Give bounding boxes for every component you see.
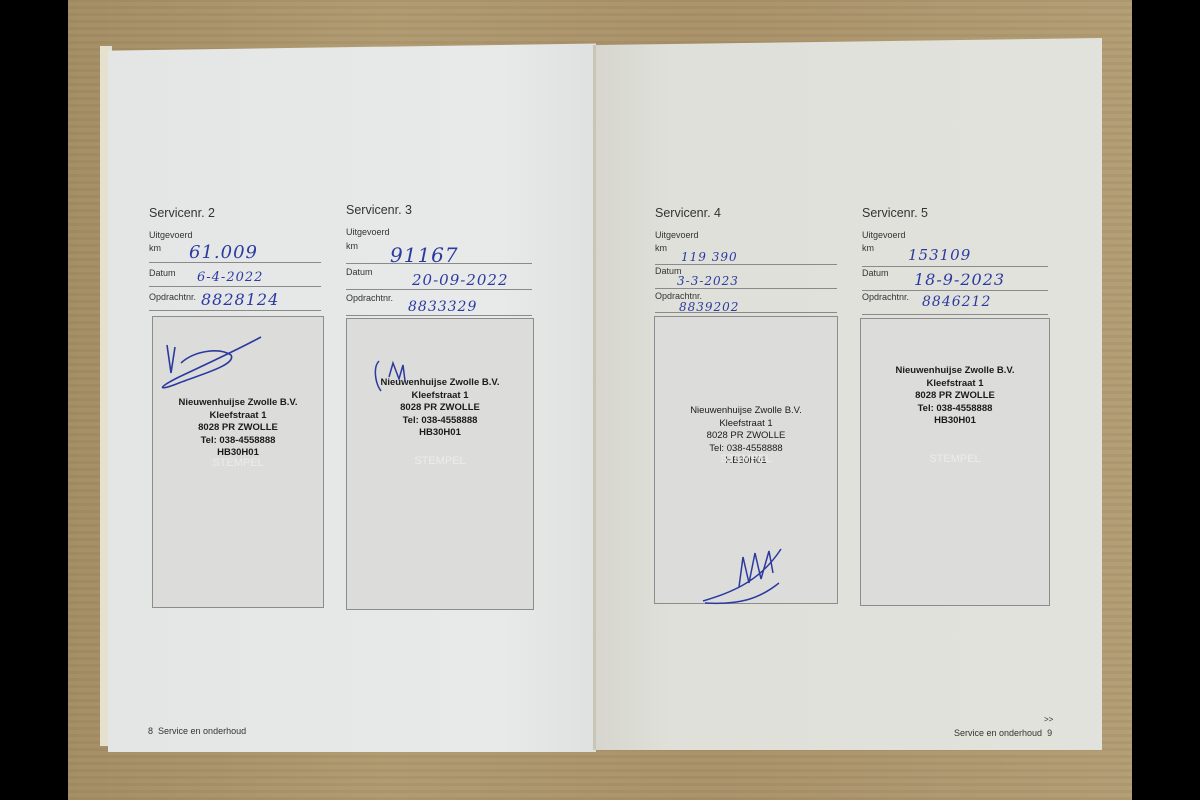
service-title: Servicenr. 4 (655, 206, 831, 220)
service-entry-5: Servicenr. 5 Uitgevoerd km 153109 Datum … (862, 206, 1038, 220)
date-line (655, 288, 837, 289)
date-value: 6-4-2022 (197, 270, 263, 285)
order-line (346, 315, 532, 316)
order-value: 8833329 (408, 299, 477, 315)
date-label: Datum (862, 268, 889, 278)
stamp-company: Nieuwenhuijse Zwolle B.V. (153, 397, 323, 410)
service-title: Servicenr. 5 (862, 206, 1038, 220)
km-line (346, 263, 532, 264)
dealer-stamp: Nieuwenhuijse Zwolle B.V. Kleefstraat 1 … (861, 365, 1049, 428)
order-label: Opdrachtnr. (862, 292, 909, 302)
date-value: 3-3-2023 (677, 274, 739, 288)
signature-icon (367, 357, 427, 397)
stamp-city: 8028 PR ZWOLLE (861, 390, 1049, 403)
stamp-phone: Tel: 038-4558888 (347, 415, 533, 428)
stamp-street: Kleefstraat 1 (153, 410, 323, 423)
service-entry-2: Servicenr. 2 Uitgevoerd km 61.009 Datum … (149, 206, 325, 220)
service-entry-3: Servicenr. 3 Uitgevoerd km 91167 Datum 2… (346, 203, 522, 217)
stamp-placeholder: STEMPEL (861, 453, 1049, 465)
km-value: 119 390 (681, 250, 738, 264)
page-number: 8 (148, 726, 153, 736)
stamp-placeholder: STEMPEL (153, 457, 323, 469)
stamp-city: 8028 PR ZWOLLE (153, 422, 323, 435)
date-value: 18-9-2023 (914, 270, 1005, 289)
stamp-city: 8028 PR ZWOLLE (347, 402, 533, 415)
footer-title: Service en onderhoud (158, 726, 246, 736)
performed-label: Uitgevoerd (346, 227, 390, 237)
footer-title: Service en onderhoud (954, 728, 1042, 738)
date-line (149, 286, 321, 287)
stamp-box-2: Nieuwenhuijse Zwolle B.V. Kleefstraat 1 … (152, 316, 324, 608)
km-label: km (346, 241, 358, 251)
stamp-street: Kleefstraat 1 (655, 418, 837, 431)
km-value: 153109 (908, 246, 971, 264)
date-label: Datum (346, 267, 373, 277)
order-value: 8846212 (922, 294, 991, 310)
stamp-placeholder: STEMPEL (347, 455, 533, 467)
stamp-company: Nieuwenhuijse Zwolle B.V. (655, 405, 837, 418)
km-line (655, 264, 837, 265)
stamp-street: Kleefstraat 1 (861, 378, 1049, 391)
order-line (149, 310, 321, 311)
signature-icon (149, 325, 269, 395)
right-page-next-marker: >> (1044, 715, 1053, 724)
service-title: Servicenr. 3 (346, 203, 522, 217)
stamp-phone: Tel: 038-4558888 (153, 435, 323, 448)
stamp-code: HB30H01 (861, 415, 1049, 428)
km-line (862, 266, 1048, 267)
signature-icon (699, 543, 789, 607)
km-label: km (655, 243, 667, 253)
km-line (149, 262, 321, 263)
date-label: Datum (149, 268, 176, 278)
order-label: Opdrachtnr. (346, 293, 393, 303)
km-label: km (862, 243, 874, 253)
right-page-footer: Service en onderhoud 9 (954, 728, 1052, 738)
left-page-footer: 8 Service en onderhoud (148, 726, 246, 736)
date-line (862, 290, 1048, 291)
stamp-box-3: Nieuwenhuijse Zwolle B.V. Kleefstraat 1 … (346, 318, 534, 610)
stamp-box-4: Nieuwenhuijse Zwolle B.V. Kleefstraat 1 … (654, 316, 838, 604)
service-title: Servicenr. 2 (149, 206, 325, 220)
stamp-phone: Tel: 038-4558888 (861, 403, 1049, 416)
stamp-box-5: Nieuwenhuijse Zwolle B.V. Kleefstraat 1 … (860, 318, 1050, 606)
km-label: km (149, 243, 161, 253)
order-line (862, 314, 1048, 315)
performed-label: Uitgevoerd (149, 230, 193, 240)
order-line (655, 312, 837, 313)
page-number: 9 (1047, 728, 1052, 738)
stamp-company: Nieuwenhuijse Zwolle B.V. (861, 365, 1049, 378)
date-line (346, 289, 532, 290)
km-value: 61.009 (189, 242, 258, 263)
order-value: 8828124 (201, 290, 279, 309)
stamp-placeholder: STEMPEL (655, 453, 837, 465)
order-label: Opdrachtnr. (149, 292, 196, 302)
stamp-city: 8028 PR ZWOLLE (655, 430, 837, 443)
date-value: 20-09-2022 (412, 271, 508, 289)
performed-label: Uitgevoerd (655, 230, 699, 240)
service-entry-4: Servicenr. 4 Uitgevoerd km 119 390 Datum… (655, 206, 831, 220)
performed-label: Uitgevoerd (862, 230, 906, 240)
booklet-spine (593, 45, 596, 750)
stamp-code: HB30H01 (347, 427, 533, 440)
dealer-stamp: Nieuwenhuijse Zwolle B.V. Kleefstraat 1 … (153, 397, 323, 460)
